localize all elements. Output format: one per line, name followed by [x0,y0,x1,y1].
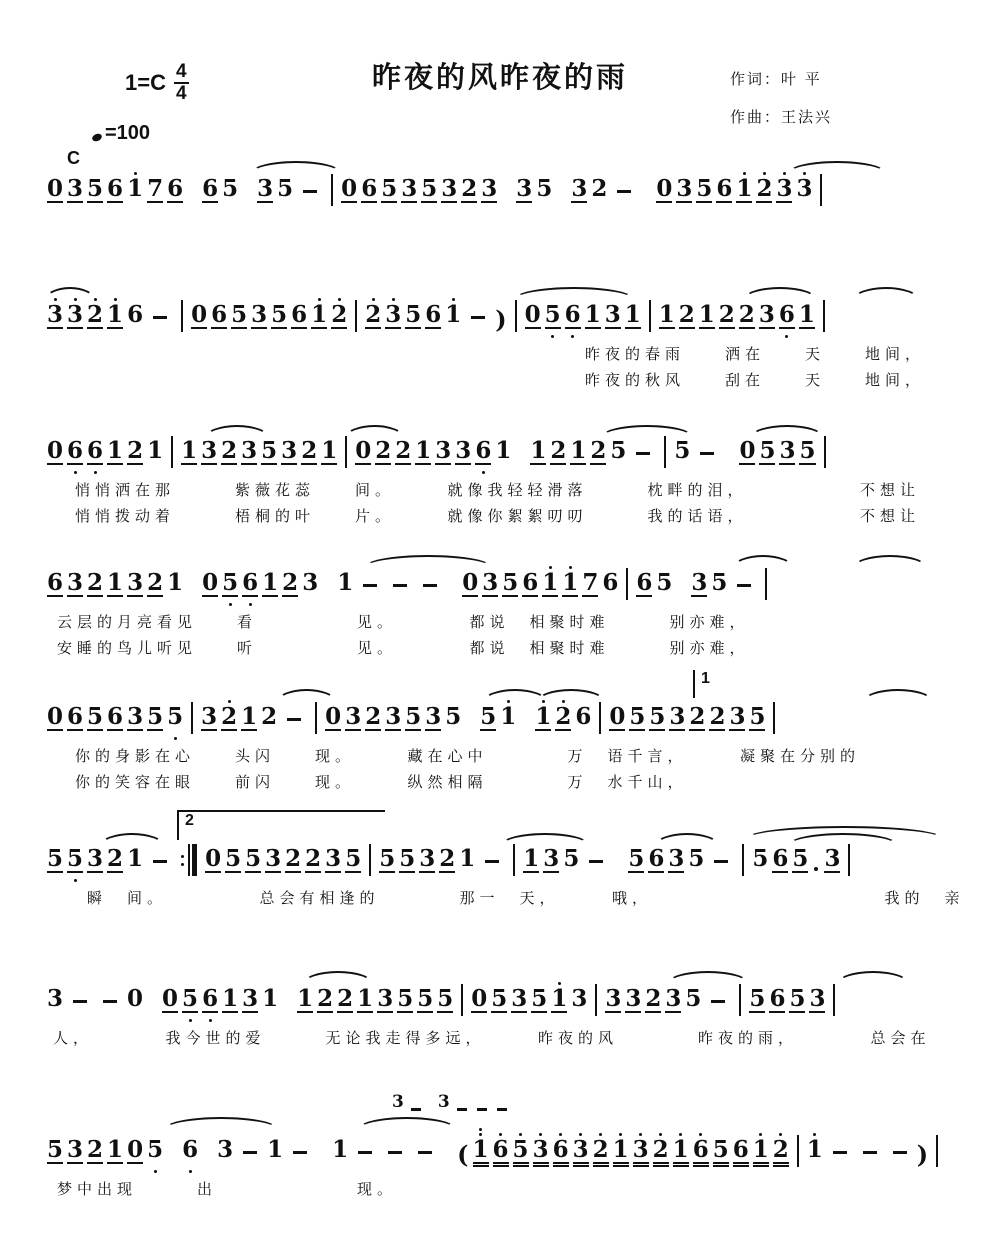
slur-arc [163,1117,279,1133]
lyric-line: 云层的月亮看见 看 见。 都说 相聚时难 别亦难， [45,611,960,634]
slur-arc [655,833,719,849]
system-7: 3005613112213555053513332355653 人， 我今世的爱… [45,982,960,1050]
slur-arc [100,833,164,849]
slur-arc [537,689,605,705]
volta-2-label: 2 [185,812,194,829]
lyric-line: 悄悄拨动着 梧桐的叶 片。 就像你絮絮叨叨 我的话语， 不想让 [45,505,960,528]
lyric-line: 瞬 间。 总会有相逢的 那一 天， 哦， 我的 亲 [45,887,960,910]
notation-line-7: 3005613112213555053513332355653 [45,982,960,1024]
notation-line-4: 63213210561231035611766535 [45,566,960,608]
slur-arc [513,287,635,303]
slur-arc [787,161,887,177]
volta-1-label: 1 [701,670,710,687]
chord-symbol: C [67,148,80,169]
slur-arc [500,833,590,849]
volta-1-bracket: 1 [693,670,710,698]
lyric-line: 安睡的鸟儿听见 听 见。 都说 相聚时难 别亦难， [45,637,960,660]
lyric-line: 梦中出现 出 现。 [45,1178,960,1201]
system-5: 1 0656355321203235355112605532235 你的身影在心… [45,700,960,794]
slur-arc [345,425,404,441]
notation-line-3: 06612113235321022133611212550535 [45,436,960,476]
system-1: C 0356176653506535323353203561233 [45,172,960,214]
notation-line-5: 0656355321203235355112605532235 [45,700,960,742]
tempo-value: =100 [105,122,150,145]
lyric-line: 你的笑容在眼 前闪 现。 纵然相隔 万 水千山， [45,771,960,794]
slur-arc [743,287,817,303]
notation-line-2: 332160653561223561)05613112122361 [45,298,960,340]
credits: 作词：叶 平 作曲：王法兴 [730,60,832,136]
lyricist: 作词：叶 平 [730,60,832,98]
slur-arc [600,425,694,441]
sheet-music-page: 1=C 4 4 昨夜的风昨夜的雨 作词：叶 平 作曲：王法兴 =100 C 03… [0,0,1000,1241]
volta-2-bracket: 2 [177,810,385,840]
notation-line-8: 5321056311(16536321321656121) [45,1128,960,1175]
composer: 作曲：王法兴 [730,98,832,136]
system-3: 06612113235321022133611212550535 悄悄洒在那 紫… [45,436,960,528]
system-4: 63213210561231035611766535 云层的月亮看见 看 见。 … [45,566,960,660]
slur-arc [667,971,749,987]
lyric-line: 你的身影在心 头闪 现。 藏在心中 万 语千言， 凝聚在分别的 [45,745,960,768]
notehead-icon [91,132,103,142]
slur-arc [750,425,824,441]
system-2: 332160653561223561)05613112122361 昨夜的春雨 … [45,298,960,392]
lyric-line: 昨夜的春雨 洒在 天 地间， [45,343,960,366]
slur-arc [853,555,927,571]
slur-arc [45,287,95,303]
tempo-marking: =100 [92,122,150,145]
slur-arc [363,555,493,571]
lyric-line: 昨夜的秋风 刮在 天 地间， [45,369,960,392]
song-title: 昨夜的风昨夜的雨 [0,55,1000,96]
slur-arc [277,689,336,705]
slur-arc [733,555,793,571]
slur-arc [250,161,342,177]
lyric-line: 人， 我今世的爱 无论我走得多远， 昨夜的风 昨夜的雨， 总会在 [45,1027,960,1050]
slur-arc [863,689,933,705]
slur-arc [205,425,269,441]
slur-arc [837,971,909,987]
lyric-line: 悄悄洒在那 紫薇花蕊 间。 就像我轻轻滑落 枕畔的泪， 不想让 [45,479,960,502]
slur-arc [853,287,919,303]
notation-line-6: 55321055322355532113556355653 [45,844,960,884]
system-6: 2 55321055322355532113556355653 瞬 间。 总会有… [45,844,960,910]
system-8: 33 5321056311(16536321321656121) 梦中出现 出 … [45,1128,960,1201]
slur-arc [303,971,373,987]
notation-line-1: 0356176653506535323353203561233 [45,172,960,214]
